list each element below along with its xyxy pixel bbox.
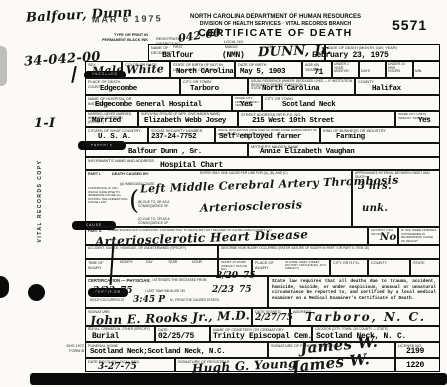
middle-label: MIDDLE [225, 46, 238, 50]
attended-to-value: 2/23 [93, 286, 115, 296]
day-label: DAY [146, 261, 153, 265]
cell-age-hours: UNDER 24 HRS. HOURS [386, 61, 413, 78]
received-stamp: MAR 6 1975 [92, 13, 163, 24]
cell-time-of-injury: TIME OF INJURY MONTH DAY YEAR HOUR [85, 259, 218, 276]
deceased-first-value: Balfour [162, 51, 194, 60]
due-to-label-b: (b) DUE TO, OR AS A CONSEQUENCE OF [138, 201, 193, 209]
sex-value: Male [92, 63, 124, 78]
father-value: Balfour Dunn , Sr. [128, 148, 202, 156]
death-county-value: Edgecombe [100, 85, 137, 93]
attended-from-value: 2/20 [216, 271, 238, 281]
industry-value: Farming [336, 133, 365, 141]
injury-state-label: STATE [413, 261, 438, 266]
funeral-home-value: Scotland Neck;Scotland Neck, N.C. [90, 348, 225, 356]
state-law-text: State law requires that all deaths due t… [272, 279, 436, 305]
certification-label: CERTIFICATION — PHYSICIAN: [88, 278, 151, 283]
residence-state-value: North Carolina [262, 85, 319, 93]
residence-state-label: STATE [251, 87, 261, 91]
hour-label: HOUR [192, 261, 202, 265]
ink-dot [28, 284, 45, 301]
mother-value: Annie Elizabeth Vaughan [260, 148, 354, 156]
edge-blot [0, 276, 9, 298]
place-of-injury-label: PLACE OF INJURY [255, 261, 283, 270]
due-to-interval-value: unk. [362, 203, 388, 214]
spouse-value: Elizabeth Webb Josey [144, 117, 226, 125]
months-label: MONTHS [334, 70, 349, 74]
place-of-injury-note: AT HOME, FARM, STREET, FACTORY, OFFICE B… [285, 261, 329, 271]
cell-autopsy-if-yes: IF YES, WERE FINDINGS CONSIDERED IN DETE… [398, 227, 440, 245]
residence-inside-limits-value: Yes [418, 117, 430, 125]
citizen-value: U. S. A. [98, 133, 131, 141]
form-code: DHS 1972 FORM B [44, 344, 84, 353]
cell-age-min: MIN. [413, 61, 440, 78]
physician-address-value: Tarboro, N. C. [305, 310, 426, 324]
date-of-death-label: DATE OF DEATH (MONTH, DAY, YEAR) [328, 46, 438, 51]
registrar-license-value: 1220 [406, 361, 424, 370]
cemetery-value: Trinity Episcopal Cem. [213, 332, 312, 341]
burial-value: Burial [92, 332, 119, 341]
pen-stroke [71, 66, 76, 83]
first-label: FIRST [173, 46, 183, 50]
conditions-note: CONDITIONS, IF ANY, WHICH GAVE RISE TO I… [88, 187, 128, 205]
enter-note: ENTER ONLY ONE CAUSE PER LINE FOR (a), (… [200, 172, 288, 176]
describe-injury-label: DESCRIBE HOW INJURY OCCURRED (ENTER NATU… [221, 247, 438, 251]
date-of-birth-value: May 5, 1903 [240, 68, 285, 76]
attended-from-year: 75 [243, 271, 256, 281]
year-label: YEAR [168, 261, 177, 265]
injury-city-label: CITY OR R.F.D. [333, 261, 366, 266]
hospital-inside-limits-value: Yes [240, 101, 252, 109]
age-value: 71 [314, 68, 323, 77]
last-saw-value: 2/23 [212, 285, 234, 295]
director-license-value: 2199 [406, 347, 424, 356]
occupation-value: Self-employed farmer [219, 133, 301, 141]
last-saw-year: 75 [239, 285, 252, 295]
cell-accident: ACCIDENT, SUICIDE, HOMICIDE, OR UNDETERM… [85, 245, 218, 259]
autopsy-if-yes-label: IF YES, WERE FINDINGS CONSIDERED IN DETE… [401, 229, 438, 243]
form-code-line2: FORM B [44, 349, 84, 354]
cell-injury-state: STATE [410, 259, 440, 276]
attended-to-year: 75 [120, 286, 133, 296]
informant-label: INFORMANT'S NAME AND ADDRESS [88, 159, 438, 164]
cell-age-days: DAYS [359, 61, 386, 78]
date-received-value: 3-27-75 [98, 362, 137, 372]
burial-date-value: 02/25/75 [158, 332, 194, 341]
ssn-value: 237-24-7752 [151, 133, 196, 141]
part2-label: PART II. [88, 229, 106, 234]
autopsy-value: No [380, 232, 396, 243]
cell-informant: INFORMANT'S NAME AND ADDRESS [85, 157, 440, 170]
death-occurred-tail: M., FROM THE CAUSES STATED. [170, 299, 220, 303]
margin-mark: 1-I [34, 116, 55, 131]
attended-label: I ATTENDED THE DECEASED FROM [152, 279, 206, 283]
cell-age-months: UNDER 1 YEAR MONTHS [332, 61, 359, 78]
edge-smudge [0, 46, 7, 86]
death-certificate-scan: Balfour, Dunn MAR 6 1975 34-042-00 1-I V… [0, 0, 447, 387]
type-print-note: TYPE OR PRINT IN PERMANENT BLACK INK [100, 33, 148, 42]
caused-by-label: DEATH CAUSED BY: [112, 172, 149, 177]
part1-label: PART I. [88, 172, 101, 177]
cell-injury-city: CITY OR R.F.D. [330, 259, 368, 276]
min-label: MIN. [415, 70, 422, 74]
cell-state-law: State law requires that all deaths due t… [268, 276, 440, 308]
residence-county-value: Halifax [372, 85, 401, 93]
date-signed-value: 2/27/75 [255, 313, 293, 323]
state-of-birth-value: North CArolina [176, 68, 233, 76]
death-time-value: 3:45 P [133, 295, 165, 305]
cell-describe-injury: DESCRIBE HOW INJURY OCCURRED (ENTER NATU… [218, 245, 440, 259]
cell-injury-county: COUNTY [368, 259, 410, 276]
days-label: DAYS [361, 70, 370, 74]
certificate-number: 5571 [392, 17, 427, 33]
date-of-birth-label: DATE OF BIRTH [238, 63, 300, 68]
date-of-death-value: February 23, 1975 [312, 51, 389, 60]
header-dept: NORTH CAROLINA DEPARTMENT OF HUMAN RESOU… [158, 14, 393, 20]
immediate-interval-value: 3 hrs. [358, 181, 392, 192]
death-city-value: Tarboro [190, 85, 219, 93]
place-of-death-label: PLACE OF DEATH [88, 80, 178, 85]
hours-label: HOURS [388, 70, 400, 74]
hospital-value: Edgecombe General Hospital [95, 101, 202, 109]
informant-value: Hospital Chart [160, 161, 223, 170]
death-city-label: CITY OR TOWN [183, 80, 246, 85]
injury-county-label: COUNTY [371, 261, 408, 266]
residence-county-label: COUNTY [358, 80, 438, 85]
time-of-injury-label: TIME OF INJURY [88, 261, 118, 270]
accident-label: ACCIDENT, SUICIDE, HOMICIDE, OR UNDETERM… [88, 247, 216, 251]
death-occurred-label: DEATH OCCURRED AT [90, 299, 124, 303]
cell-place-of-injury: PLACE OF INJURY AT HOME, FARM, STREET, F… [252, 259, 330, 276]
street-address-value: 215 West 10th Street [252, 117, 334, 125]
due-to-label-c: (c) DUE TO, OR AS A CONSEQUENCE OF [138, 218, 193, 226]
race-value: White [126, 62, 165, 76]
scan-bottom-bar [30, 373, 447, 385]
residence-city-value: Scotland Neck [282, 101, 335, 109]
last-saw-label: I LAST SAW HIM ALIVE ON [145, 290, 185, 294]
marital-value: Married [92, 117, 121, 125]
vital-records-copy-label: VITAL RECORDS COPY [37, 131, 47, 271]
deceased-middle-value: (NMN) [222, 51, 245, 60]
month-label: MONTH [120, 261, 132, 265]
